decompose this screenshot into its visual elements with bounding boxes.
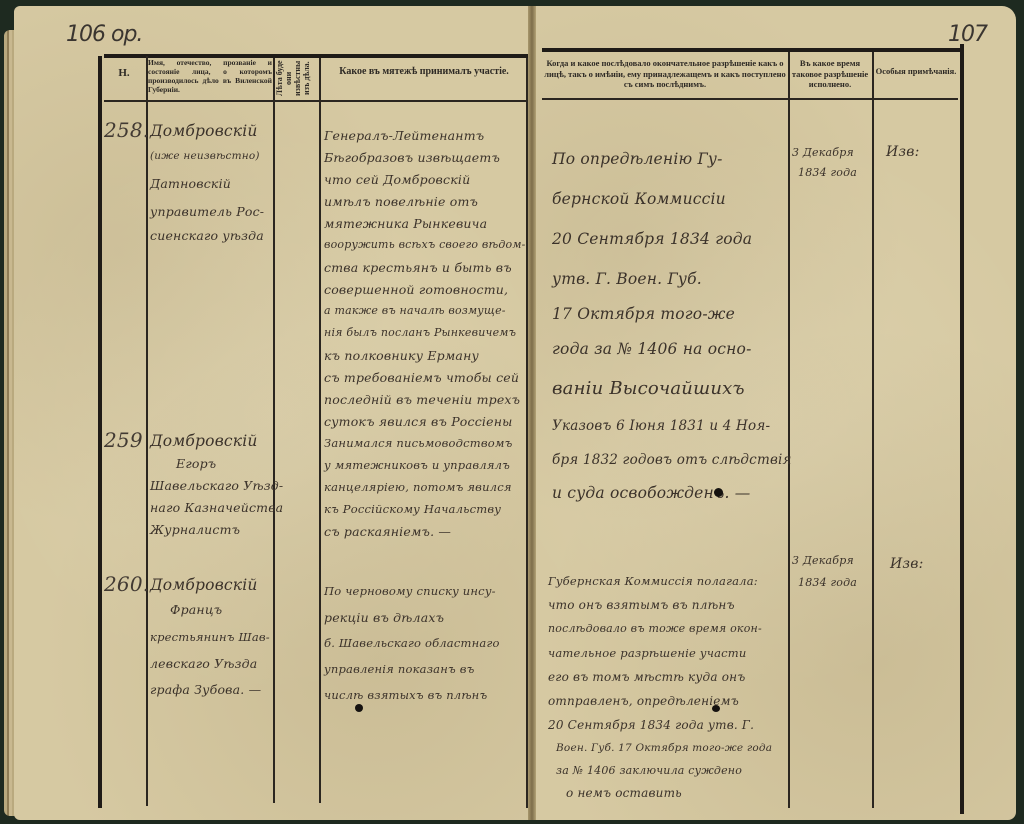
- header-age: Лѣта буде они извѣстны изъ дѣла.: [275, 58, 317, 98]
- entry-name-line: Шавельскаго Уѣзд-: [150, 478, 283, 493]
- participation-line: что сей Домбровскій: [324, 172, 470, 187]
- left-folio-number: 106 ор.: [66, 22, 142, 47]
- participation-line: нія былъ посланъ Рынкевичемъ: [324, 326, 516, 339]
- resolution-line: Губернская Коммиссія полагала:: [548, 574, 758, 588]
- col-divider-age: [319, 58, 321, 803]
- resolution-line: о немъ оставить: [566, 786, 682, 800]
- participation-line: у мятежниковъ и управлялъ: [324, 458, 510, 472]
- resolution-line: Указовъ 6 Іюня 1831 и 4 Ноя-: [552, 418, 770, 434]
- execution-line: 1834 года: [798, 166, 857, 179]
- participation-line: Генералъ-Лейтенантъ: [324, 128, 484, 143]
- entry-number: 258.: [104, 118, 149, 142]
- header-number: Н.: [104, 68, 144, 79]
- participation-line: числѣ взятыхъ въ плѣнъ: [324, 688, 487, 702]
- col-divider-participation: [526, 58, 528, 808]
- resolution-line: ваніи Высочайшихъ: [552, 378, 745, 399]
- col-divider-resolution: [788, 52, 790, 808]
- right-header-top-rule: [542, 48, 962, 52]
- participation-line: канцеляріею, потомъ явился: [324, 480, 512, 494]
- resolution-line: Воен. Губ. 17 Октября того-же года: [556, 742, 772, 754]
- participation-line: управленія показанъ въ: [324, 662, 474, 676]
- ink-blot: [355, 704, 363, 712]
- participation-line: а также въ началѣ возмуще-: [324, 304, 506, 317]
- entry-number: 260.: [104, 572, 149, 596]
- ink-blot: [714, 488, 723, 497]
- remarks-text: Изв:: [886, 144, 920, 160]
- participation-line: мятежника Рынкевича: [324, 216, 487, 231]
- resolution-line: послѣдовало въ тоже время окон-: [548, 622, 762, 635]
- header-execution: Въ какое время таковое разрѣшеніе исполн…: [790, 58, 870, 90]
- participation-line: имѣлъ повелѣніе отъ: [324, 194, 478, 209]
- participation-line: къ полковнику Ерману: [324, 348, 479, 363]
- entry-name-line: управитель Рос-: [150, 204, 264, 219]
- resolution-line: 20 Сентября 1834 года утв. Г.: [548, 718, 754, 732]
- entry-name-line: сиенскаго уѣзда: [150, 228, 264, 243]
- participation-line: Занимался письмоводствомъ: [324, 436, 512, 450]
- resolution-line: утв. Г. Воен. Губ.: [552, 270, 702, 288]
- execution-line: 1834 года: [798, 576, 857, 589]
- participation-line: къ Россійскому Начальству: [324, 502, 501, 516]
- header-name: Имя, отечество, прозваніе и состояніе ли…: [148, 58, 272, 94]
- participation-line: съ раскаяніемъ. —: [324, 524, 451, 539]
- header-participation: Какое въ мятежѣ принималъ участіе.: [322, 66, 526, 77]
- resolution-line: чательное разрѣшеніе участи: [548, 646, 747, 660]
- entry-name-line: графа Зубова. —: [150, 682, 261, 697]
- resolution-line: за № 1406 заключила суждено: [556, 764, 742, 777]
- execution-line: 3 Декабря: [792, 146, 854, 159]
- right-header-bottom-rule: [542, 98, 958, 100]
- left-outer-border: [98, 56, 102, 808]
- entry-name-line: Домбровскій: [150, 576, 258, 594]
- participation-line: По черновому списку инсу-: [324, 584, 496, 598]
- participation-line: съ требованіемъ чтобы сей: [324, 370, 519, 385]
- right-outer-border: [960, 44, 964, 814]
- resolution-line: его въ томъ мѣстѣ куда онъ: [548, 670, 745, 684]
- left-header-bottom-rule: [104, 100, 528, 102]
- entry-name-line: Датновскій: [150, 176, 231, 191]
- header-resolution: Когда и какое послѣдовало окончательное …: [544, 58, 786, 90]
- resolution-line: отправленъ, опредѣленіемъ: [548, 694, 739, 708]
- resolution-line: 20 Сентября 1834 года: [552, 230, 752, 248]
- participation-line: рекціи въ дѣлахъ: [324, 610, 444, 625]
- entry-name-line: левскаго Уѣзда: [150, 656, 257, 671]
- participation-line: последній въ теченіи трехъ: [324, 392, 520, 407]
- resolution-line: бернской Коммиссіи: [552, 190, 726, 208]
- remarks-text: Изв:: [890, 556, 924, 572]
- entry-name-line: Францъ: [170, 602, 222, 617]
- entry-name-line: наго Казначейства: [150, 500, 283, 515]
- resolution-line: что онъ взятымъ въ плѣнъ: [548, 598, 735, 612]
- entry-name-line: (иже неизвѣстно): [150, 150, 260, 162]
- book-spine: [528, 6, 536, 820]
- entry-name-line: крестьянинъ Шав-: [150, 630, 270, 644]
- resolution-line: года за № 1406 на осно-: [552, 340, 752, 358]
- col-divider-number: [146, 56, 148, 806]
- execution-line: 3 Декабря: [792, 554, 854, 567]
- participation-line: б. Шавельскаго областнаго: [324, 636, 500, 650]
- participation-line: вооружить всѣхъ своего вѣдом-: [324, 238, 526, 251]
- entry-name-line: Домбровскій: [150, 432, 258, 450]
- ink-blot: [712, 705, 720, 712]
- resolution-line: По опредѣленію Гу-: [552, 150, 723, 168]
- col-divider-execution: [872, 52, 874, 808]
- entry-number: 259: [104, 428, 143, 452]
- entry-name-line: Домбровскій: [150, 122, 258, 140]
- resolution-line: 17 Октября того-же: [552, 305, 735, 323]
- col-divider-name: [273, 58, 275, 803]
- right-folio-number: 107: [948, 22, 987, 47]
- resolution-line: бря 1832 годовъ отъ слѣдствія: [552, 452, 792, 468]
- participation-line: ства крестьянъ и быть въ: [324, 260, 512, 275]
- entry-name-line: Журналистъ: [150, 522, 240, 537]
- entry-name-line: Егоръ: [176, 456, 216, 471]
- participation-line: совершенной готовности,: [324, 282, 508, 297]
- participation-line: Бѣгобразовъ извѣщаетъ: [324, 150, 500, 165]
- participation-line: сутокъ явился въ Россіены: [324, 414, 513, 429]
- header-remarks: Особыя примѣчанія.: [874, 66, 958, 77]
